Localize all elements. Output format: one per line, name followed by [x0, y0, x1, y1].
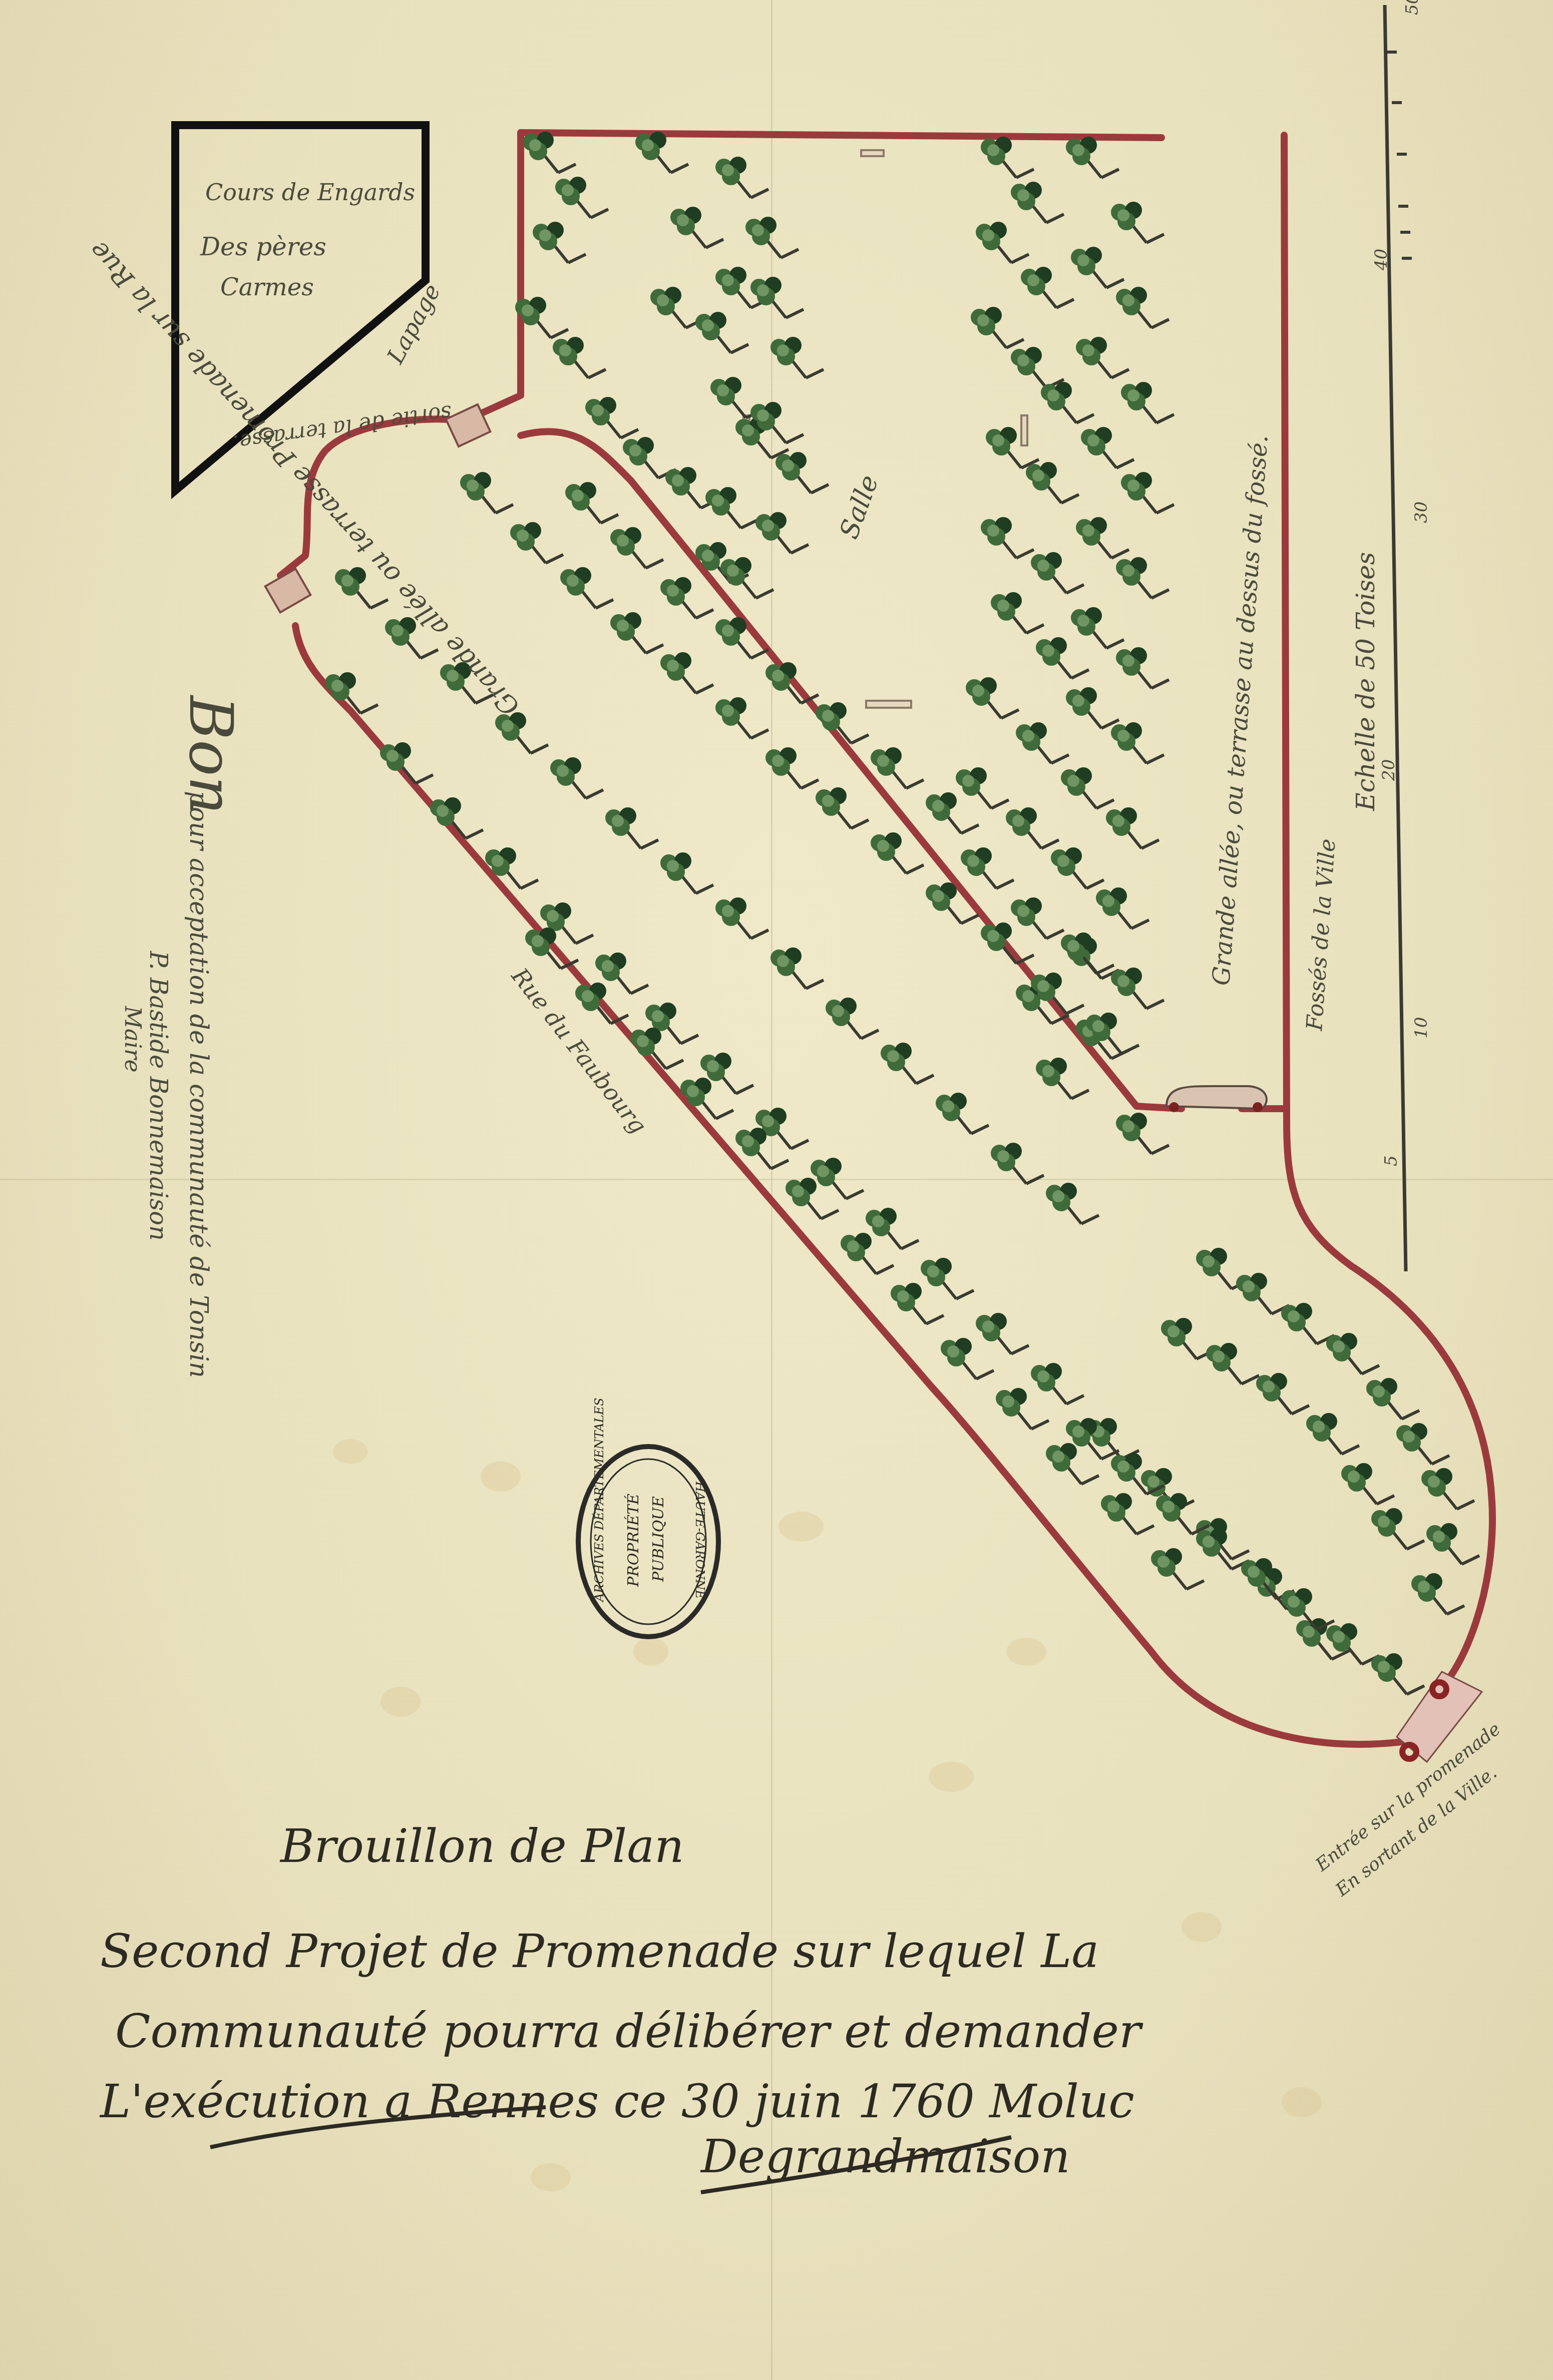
tree-icon: [841, 1233, 894, 1274]
tree-icon: [1041, 382, 1094, 423]
tree-icon: [981, 137, 1034, 178]
tree-icon: [1111, 722, 1164, 763]
margin-note-line3: Maire: [120, 1006, 145, 1072]
tree-icon: [550, 757, 603, 798]
tree-icon: [1111, 202, 1164, 243]
tree-icon: [1281, 1303, 1334, 1344]
tree-icon: [981, 517, 1034, 558]
tree-icon: [1426, 1523, 1479, 1564]
tree-icon: [1411, 1573, 1464, 1614]
tree-icon: [1151, 1548, 1204, 1589]
tree-icon: [1116, 287, 1169, 328]
plan-labels: Lapage sortie de la terrasse. Salle Gran…: [83, 235, 1504, 1901]
tree-icon: [765, 747, 819, 788]
tree-icon: [1036, 1058, 1089, 1099]
scale-bar: 50 40 30 20 10 5 Echelle de 50 Toises: [1351, 0, 1431, 1271]
tree-icon: [1341, 1463, 1394, 1504]
tree-icon: [523, 132, 576, 173]
tree-icon: [1371, 1653, 1424, 1694]
tree-icon: [866, 1208, 919, 1249]
tree-icon: [976, 222, 1029, 263]
tree-icon: [485, 847, 538, 888]
carmes-label-line1: Cours de Engards: [205, 179, 415, 206]
tree-icon: [921, 1258, 974, 1299]
tree-icon: [680, 1078, 733, 1119]
tree-icon: [1011, 897, 1064, 938]
tree-icon: [720, 557, 773, 598]
scale-tick-20: 20: [1379, 759, 1399, 781]
tree-icon: [635, 132, 688, 173]
tree-rows: [325, 132, 1479, 1694]
tree-icon: [1156, 1493, 1209, 1534]
scale-tick-50: 50: [1402, 0, 1422, 15]
tree-icon: [1026, 462, 1079, 503]
tree-icon: [936, 1093, 989, 1134]
tree-icon: [1116, 557, 1169, 598]
tree-icon: [1036, 637, 1089, 678]
tree-icon: [956, 767, 1009, 808]
tree-icon: [705, 487, 758, 528]
tree-icon: [961, 847, 1014, 888]
label-fosses-ville: Fossés de la Ville: [1302, 838, 1341, 1032]
tree-icon: [1116, 647, 1169, 688]
scale-tick-40: 40: [1371, 249, 1391, 271]
tree-icon: [660, 652, 713, 693]
tree-icon: [770, 947, 824, 989]
tree-icon: [770, 337, 824, 378]
tree-icon: [1046, 1183, 1099, 1224]
tree-icon: [715, 697, 768, 738]
tree-icon: [1421, 1468, 1474, 1509]
archive-stamp: ARCHIVES DÉPARTEMENTALES PROPRIÉTÉ PUBLI…: [578, 1398, 718, 1637]
tree-icon: [1076, 517, 1129, 558]
scale-tick-5: 5: [1381, 1155, 1401, 1166]
tree-icon: [926, 792, 979, 833]
caption-block: Brouillon de Plan Second Projet de Prome…: [99, 1819, 1143, 2192]
tree-icon: [1021, 267, 1074, 308]
carmes-label-line2: Des pères: [200, 232, 326, 261]
scale-tick-10: 10: [1411, 1017, 1431, 1039]
tree-icon: [1396, 1423, 1449, 1464]
tree-icon: [1051, 847, 1104, 888]
tree-icon: [750, 277, 804, 318]
tree-icon: [1101, 1493, 1154, 1534]
tree-icon: [1111, 968, 1164, 1009]
tree-icon: [1016, 722, 1069, 763]
tree-icon: [1011, 347, 1064, 388]
tree-icon: [585, 397, 638, 438]
tree-icon: [555, 177, 608, 218]
tree-icon: [1046, 1443, 1099, 1484]
tree-icon: [605, 807, 658, 848]
tree-icon: [1081, 427, 1134, 468]
tree-icon: [565, 482, 618, 523]
scale-title: Echelle de 50 Toises: [1351, 552, 1380, 811]
tree-icon: [610, 612, 663, 653]
caption-signature: Degrandmaison: [700, 2130, 1070, 2183]
stamp-line1: ARCHIVES DÉPARTEMENTALES: [592, 1398, 606, 1603]
tree-icon: [460, 472, 513, 513]
tree-icon: [1066, 687, 1119, 728]
tree-icon: [1116, 1113, 1169, 1154]
tree-icon: [560, 567, 613, 608]
stamp-line3: PUBLIQUE: [650, 1496, 667, 1582]
tree-icon: [1071, 607, 1124, 648]
tree-icon: [1236, 1273, 1289, 1314]
tree-icon: [1106, 807, 1159, 848]
scale-tick-30: 30: [1411, 502, 1431, 523]
plan-drawing: Cours de Engards Des pères Carmes: [0, 0, 1553, 2380]
tree-icon: [1326, 1333, 1379, 1374]
tree-icon: [1061, 767, 1114, 808]
tree-icon: [610, 527, 663, 568]
margin-note-line1: pour acceptation de la communauté de Ton…: [184, 791, 213, 1378]
tree-icon: [1076, 337, 1129, 378]
tree-icon: [816, 787, 869, 828]
stamp-line2: PROPRIÉTÉ: [624, 1494, 642, 1587]
tree-icon: [1096, 887, 1149, 928]
margin-note-line2: P. Bastide Bonnemaison: [144, 950, 172, 1241]
tree-icon: [966, 677, 1019, 718]
label-salle: Salle: [834, 471, 885, 543]
tree-icon: [996, 1388, 1049, 1429]
tree-icon: [1031, 552, 1084, 593]
tree-icon: [971, 307, 1024, 348]
caption-line3: L'exécution a Rennes ce 30 juin 1760 Mol…: [99, 2075, 1134, 2128]
tree-icon: [775, 452, 829, 493]
tree-icon: [1071, 247, 1124, 288]
tree-icon: [715, 157, 768, 198]
margin-approval-note: Bon pour acceptation de la communauté de…: [120, 695, 245, 1378]
tree-icon: [976, 1313, 1029, 1354]
tree-icon: [755, 512, 809, 553]
map-document: Cours de Engards Des pères Carmes: [0, 0, 1553, 2380]
tree-icon: [991, 1143, 1044, 1184]
tree-icon: [1206, 1343, 1259, 1384]
tree-icon: [660, 577, 713, 618]
tree-icon: [1256, 1373, 1309, 1414]
tree-icon: [660, 852, 713, 893]
tree-icon: [1066, 137, 1119, 178]
tree-icon: [811, 1158, 864, 1199]
tree-icon: [1371, 1508, 1424, 1549]
caption-line2: Communauté pourra délibérer et demander: [115, 2005, 1143, 2058]
carmes-label-line3: Carmes: [220, 273, 314, 301]
tree-icon: [991, 592, 1044, 633]
caption-line1: Second Projet de Promenade sur lequel La: [100, 1925, 1099, 1978]
tree-icon: [1031, 1363, 1084, 1404]
tree-icon: [891, 1283, 944, 1324]
tree-icon: [715, 897, 768, 938]
tree-icon: [826, 998, 879, 1039]
tree-icon: [1121, 382, 1174, 423]
tree-icon: [1306, 1413, 1359, 1454]
tree-icon: [745, 217, 799, 258]
tree-icon: [695, 312, 748, 353]
tree-icon: [1086, 1013, 1139, 1054]
stamp-line4: HAUTE-GARONNE: [693, 1481, 707, 1599]
tree-icon: [941, 1338, 994, 1379]
tree-icon: [881, 1043, 934, 1084]
tree-icon: [1366, 1378, 1419, 1419]
tree-icon: [1006, 807, 1059, 848]
tree-icon: [1011, 182, 1064, 223]
label-grande-allee-fosse: Grande allée, ou terrasse au dessus du f…: [1207, 434, 1274, 987]
tree-icon: [986, 427, 1039, 468]
tree-icon: [553, 337, 606, 378]
tree-icon: [1121, 472, 1174, 513]
tree-icon: [510, 522, 563, 563]
tree-icon: [670, 207, 723, 248]
caption-title: Brouillon de Plan: [279, 1819, 684, 1873]
tree-icon: [533, 222, 586, 263]
